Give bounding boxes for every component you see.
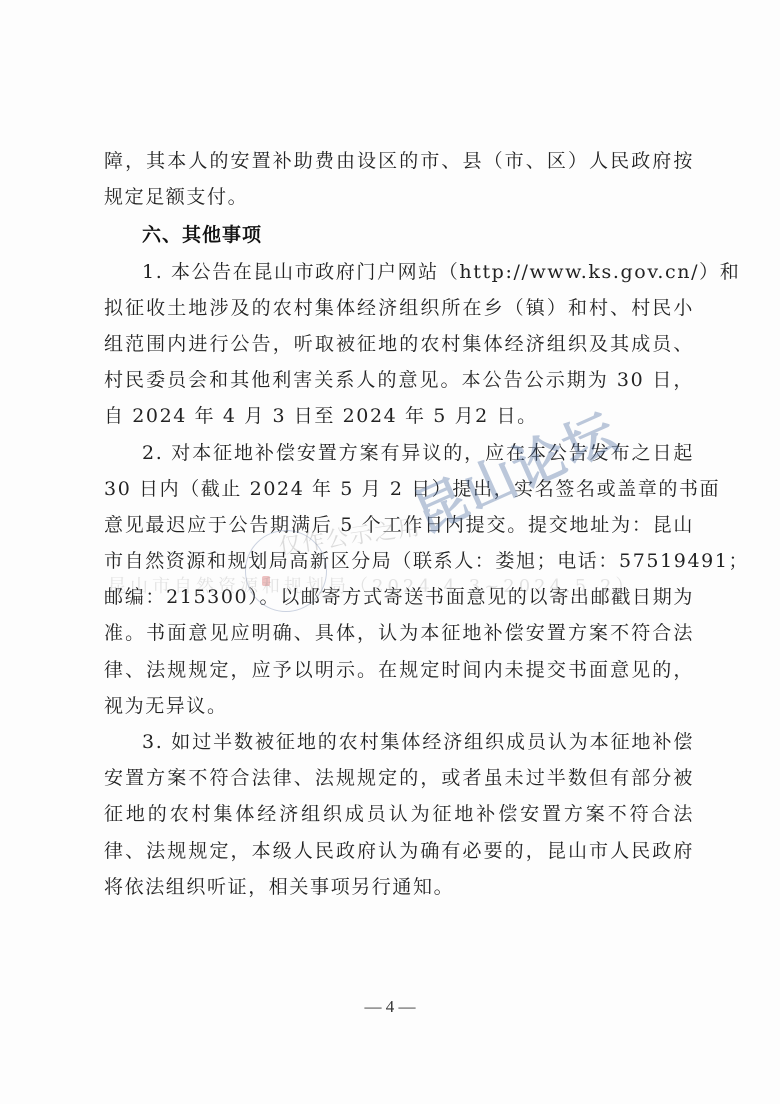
item-2-paragraph: 2. 对本征地补偿安置方案有异议的，应在本公告发布之日起 30 日内（截止 20… — [104, 435, 694, 725]
document-page: 障，其本人的安置补助费由设区的市、县（市、区）人民政府按 规定足额支付。 六、其… — [0, 0, 780, 1104]
text-line: 障，其本人的安置补助费由设区的市、县（市、区）人民政府按 — [104, 143, 694, 179]
page-number: — 4 — — [0, 997, 780, 1017]
text-line: 律、法规规定，应予以明示。在规定时间内未提交书面意见的， — [104, 652, 694, 688]
text-line: 30 日内（截止 2024 年 5 月 2 日）提出，实名签名或盖章的书面 — [104, 471, 694, 507]
text-line: 安置方案不符合法律、法规规定的，或者虽未过半数但有部分被 — [104, 760, 694, 796]
text-line: 市自然资源和规划局高新区分局（联系人：娄旭；电话：57519491； — [104, 543, 694, 579]
text-line: 律、法规规定，本级人民政府认为确有必要的，昆山市人民政府 — [104, 833, 694, 869]
text-line: 意见最迟应于公告期满后 5 个工作日内提交。提交地址为：昆山 — [104, 507, 694, 543]
text-line: 自 2024 年 4 月 3 日至 2024 年 5 月2 日。 — [104, 398, 694, 434]
text-line: 2. 对本征地补偿安置方案有异议的，应在本公告发布之日起 — [104, 435, 694, 471]
text-line: 准。书面意见应明确、具体，认为本征地补偿安置方案不符合法 — [104, 615, 694, 651]
continuation-paragraph: 障，其本人的安置补助费由设区的市、县（市、区）人民政府按 规定足额支付。 — [104, 143, 694, 215]
text-line: 3. 如过半数被征地的农村集体经济组织成员认为本征地补偿 — [104, 724, 694, 760]
text-line: 邮编：215300）。以邮寄方式寄送书面意见的以寄出邮戳日期为 — [104, 579, 694, 615]
text-line: 拟征收土地涉及的农村集体经济组织所在乡（镇）和村、村民小 — [104, 290, 694, 326]
text-line: 征地的农村集体经济组织成员认为征地补偿安置方案不符合法 — [104, 796, 694, 832]
text-line: 村民委员会和其他利害关系人的意见。本公告公示期为 30 日， — [104, 362, 694, 398]
text-line: 视为无异议。 — [104, 688, 694, 724]
text-line: 将依法组织听证，相关事项另行通知。 — [104, 869, 694, 905]
item-1-paragraph: 1. 本公告在昆山市政府门户网站（http://www.ks.gov.cn/）和… — [104, 254, 694, 435]
document-body: 障，其本人的安置补助费由设区的市、县（市、区）人民政府按 规定足额支付。 六、其… — [104, 143, 694, 905]
text-line: 1. 本公告在昆山市政府门户网站（http://www.ks.gov.cn/）和 — [104, 254, 694, 290]
item-3-paragraph: 3. 如过半数被征地的农村集体经济组织成员认为本征地补偿 安置方案不符合法律、法… — [104, 724, 694, 905]
text-line: 组范围内进行公告，听取被征地的农村集体经济组织及其成员、 — [104, 326, 694, 362]
section-heading: 六、其他事项 — [104, 217, 694, 253]
text-line: 规定足额支付。 — [104, 179, 694, 215]
